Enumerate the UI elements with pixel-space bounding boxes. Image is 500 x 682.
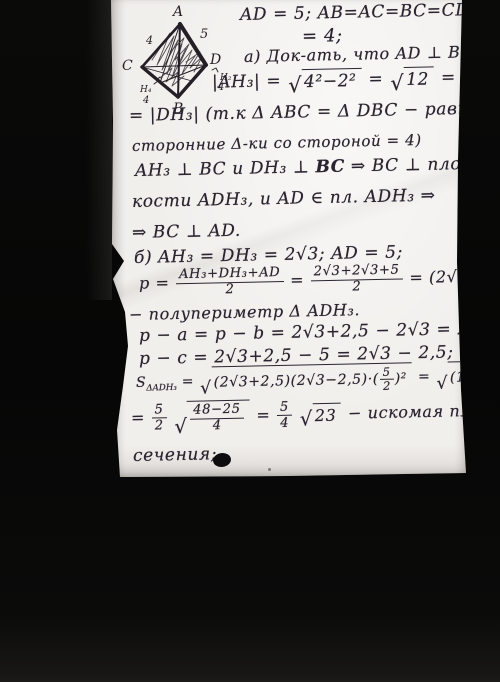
handwritten-line: |AH₃| = √4²−2² = √12 = 2√3 = — [212, 65, 500, 96]
handwritten-line: сторонние Δ-ки со стороной = 4) — [132, 131, 422, 156]
scan-background: A C B D 5 4 H₂ 4 H₄ 4 AD = 5; AB=AC=BC=C… — [0, 0, 500, 682]
handwritten-line: AH₃ ⊥ BC и DH₃ ⊥ BC ⇒ BC ⊥ плос- — [135, 154, 478, 182]
handwritten-line: = 52 √48−254 = 54 √23 − искомая площадь — [131, 394, 500, 436]
solution-text: AD = 5; AB=AC=BC=CD=DB== 4;а) Док-ать, ч… — [108, 0, 468, 478]
paper-sheet: A C B D 5 4 H₂ 4 H₄ 4 AD = 5; AB=AC=BC=C… — [108, 0, 468, 478]
handwritten-line: p = AH₃+DH₃+AD2 = 2√3+2√3+52 = (2√3+2,5)… — [139, 261, 500, 300]
handwritten-line: а) Док-ать, что AD ⊥ BC — [244, 42, 474, 67]
handwritten-line: AD = 5; AB=AC=BC=CD=DB= — [240, 0, 500, 26]
handwritten-line: кости ADH₃, и AD ∈ пл. ADH₃ ⇒ — [132, 186, 436, 214]
handwritten-line: ⇒ BC ⊥ AD. — [132, 221, 241, 245]
handwritten-line: сечения; — [133, 444, 218, 467]
handwritten-line: = |DH₃| (т.к Δ ABC = Δ DBC − равно- — [129, 99, 487, 128]
pencil-speck — [268, 468, 271, 471]
